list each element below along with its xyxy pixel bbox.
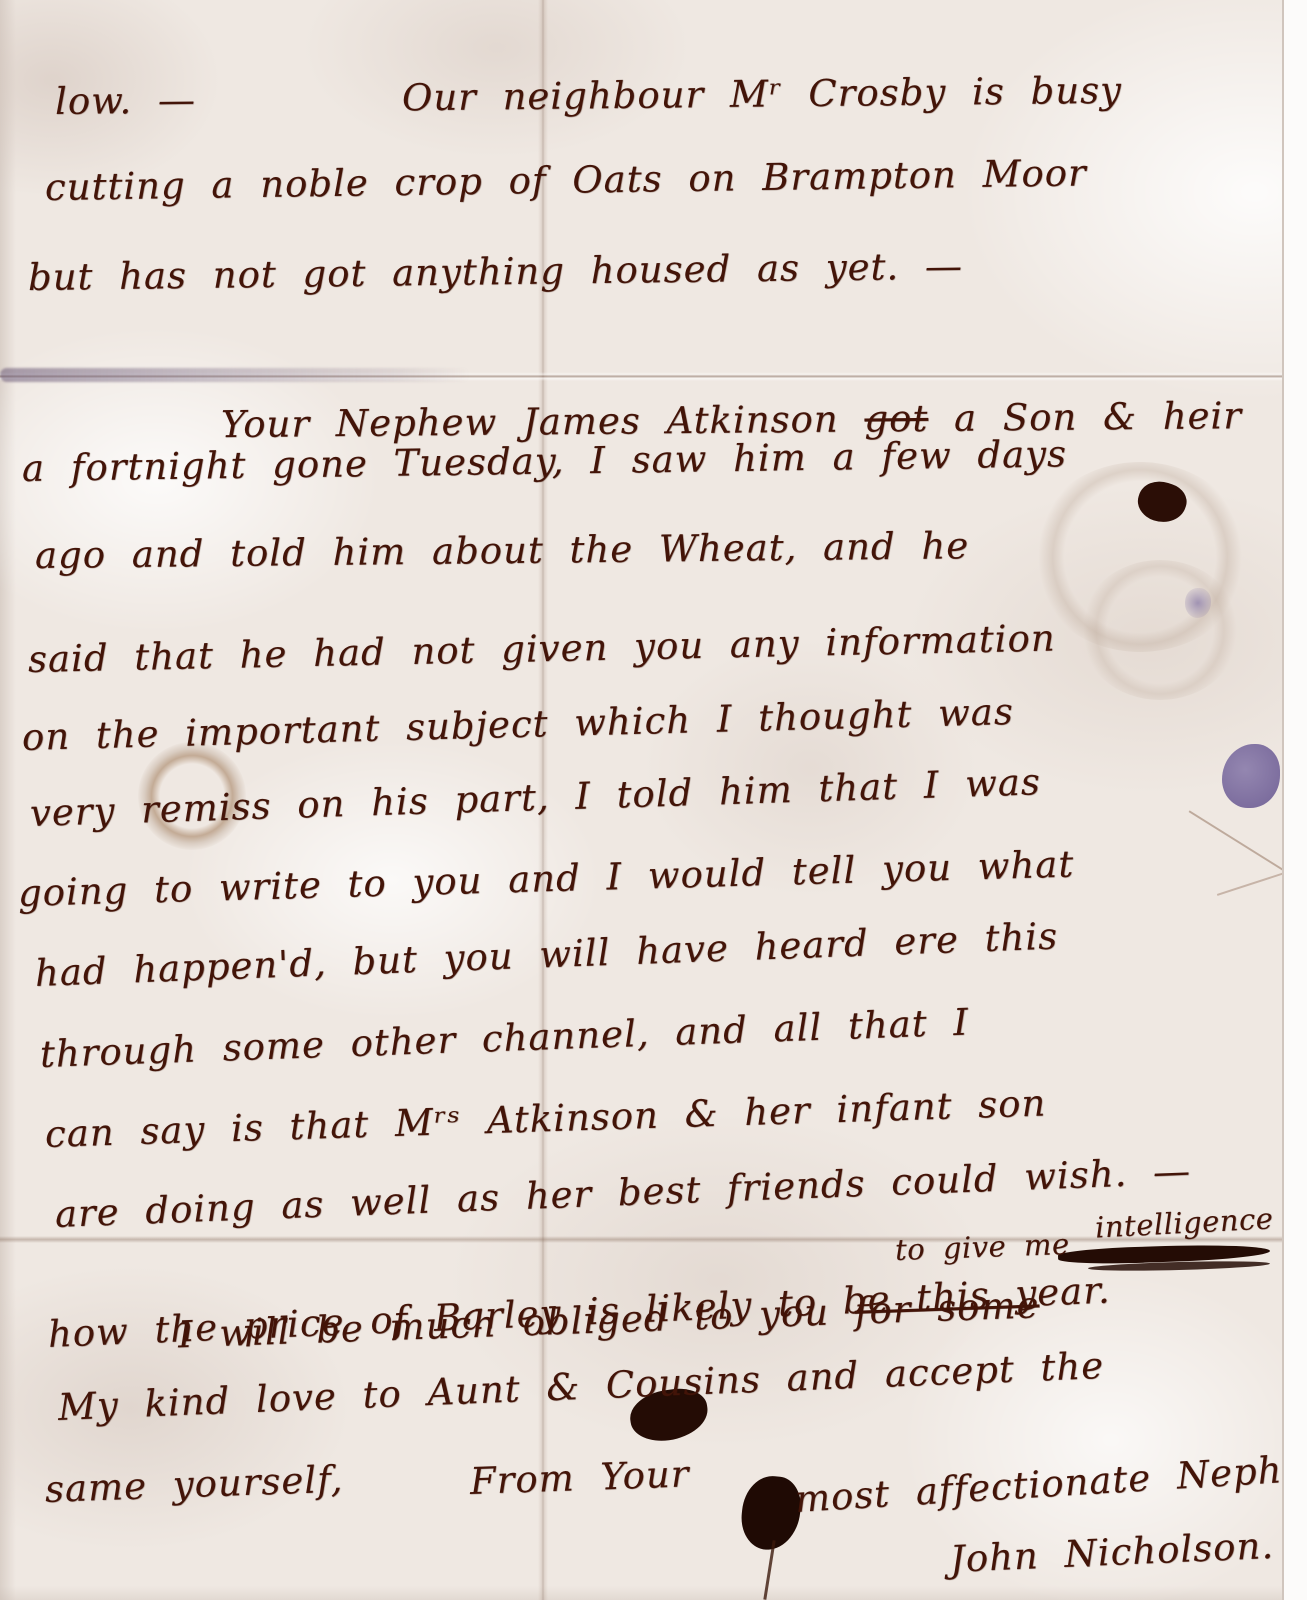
wax-seal-stain xyxy=(1222,744,1280,808)
letter-page: low. — Our neighbour Mʳ Crosby is busy c… xyxy=(0,0,1307,1600)
interline-insertion: to give me xyxy=(894,1227,1070,1267)
letter-line-8: on the important subject which I thought… xyxy=(21,690,1014,760)
letter-line-1: low. — Our neighbour Mʳ Crosby is busy xyxy=(55,69,1122,125)
letter-line-2: cutting a noble crop of Oats on Brampton… xyxy=(45,151,1087,210)
letter-line-12: through some other channel, and all that… xyxy=(39,1001,969,1078)
closing-right: most affectionate Nephew xyxy=(794,1445,1307,1523)
paper-tear xyxy=(1189,810,1292,875)
letter-line-3: but has not got anything housed as yet. … xyxy=(28,245,963,301)
letter-line-6: ago and told him about the Wheat, and he xyxy=(35,524,970,578)
scan-edge xyxy=(1282,0,1307,1600)
closing-center: From Your xyxy=(469,1452,690,1504)
letter-line-14: are doing as well as her best friends co… xyxy=(54,1149,1192,1237)
signature: John Nicholson. — xyxy=(949,1521,1307,1582)
closing-left: same yourself, xyxy=(44,1458,344,1513)
postmark-ghost xyxy=(1080,560,1240,700)
